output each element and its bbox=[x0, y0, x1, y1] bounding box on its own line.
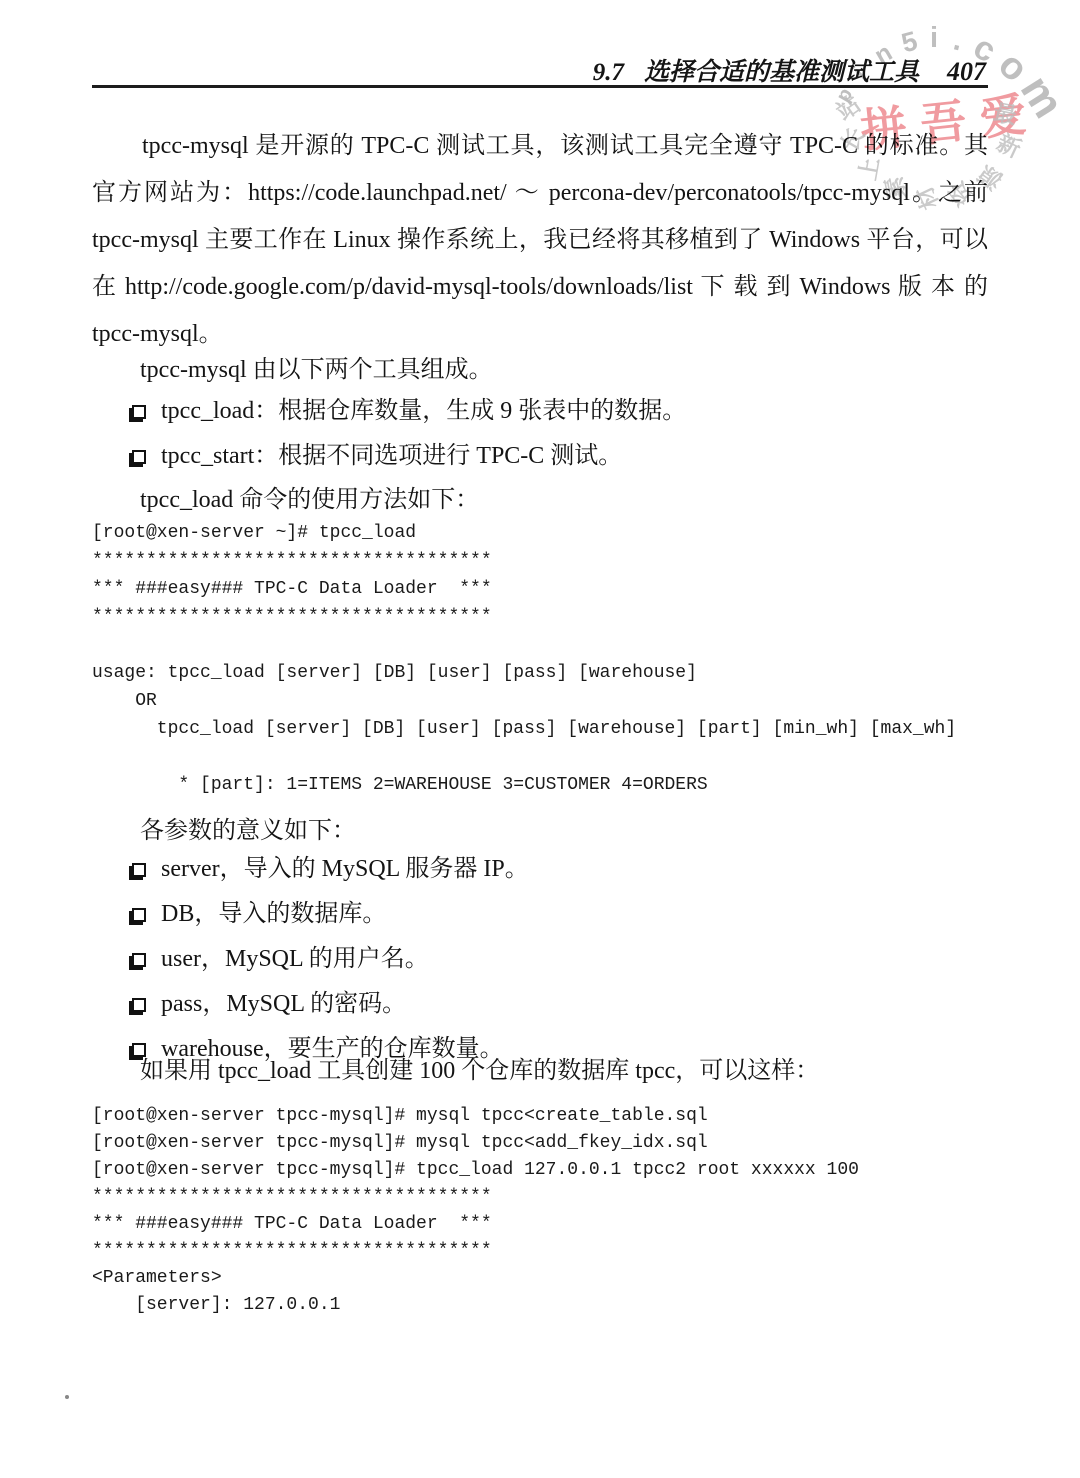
code-line: ************************************* bbox=[92, 1238, 988, 1265]
square-bullet-icon bbox=[132, 953, 146, 967]
code-line: usage: tpcc_load [server] [DB] [user] [p… bbox=[92, 659, 988, 687]
list-item-text: tpcc_load：根据仓库数量，生成 9 张表中的数据。 bbox=[161, 398, 686, 424]
list-item: user，MySQL 的用户名。 bbox=[92, 937, 988, 982]
code-line bbox=[92, 743, 988, 771]
square-bullet-icon bbox=[132, 863, 146, 877]
list-item-text: server，导入的 MySQL 服务器 IP。 bbox=[161, 856, 529, 882]
watermark-ring-char: 站 bbox=[829, 86, 867, 126]
list-item-text: tpcc_start：根据不同选项进行 TPC-C 测试。 bbox=[161, 443, 622, 469]
paragraph-line: 官方网站为：https://code.launchpad.net/ ～ perc… bbox=[92, 170, 988, 217]
code-block-tpcc-load-usage: [root@xen-server ~]# tpcc_load *********… bbox=[92, 519, 988, 799]
code-line: ************************************* bbox=[92, 603, 988, 631]
square-bullet-icon bbox=[132, 405, 146, 419]
header-rule bbox=[92, 85, 988, 88]
code-line: ************************************* bbox=[92, 1184, 988, 1211]
square-bullet-icon bbox=[132, 908, 146, 922]
code-line: [root@xen-server tpcc-mysql]# mysql tpcc… bbox=[92, 1103, 988, 1130]
watermark-arc-letter: i bbox=[930, 22, 938, 55]
paragraph-line: tpcc-mysql 主要工作在 Linux 操作系统上，我已经将其移植到了 W… bbox=[92, 217, 988, 264]
code-line: *** ###easy### TPC-C Data Loader *** bbox=[92, 575, 988, 603]
paragraph-line: 在 http://code.google.com/p/david-mysql-t… bbox=[92, 264, 988, 311]
code-line: [root@xen-server tpcc-mysql]# tpcc_load … bbox=[92, 1157, 988, 1184]
code-line: <Parameters> bbox=[92, 1265, 988, 1292]
code-line: [root@xen-server tpcc-mysql]# mysql tpcc… bbox=[92, 1130, 988, 1157]
code-line bbox=[92, 631, 988, 659]
paragraph-line: tpcc-mysql 是开源的 TPC-C 测试工具，该测试工具完全遵守 TPC… bbox=[92, 123, 988, 170]
code-block-tpcc-load-example: [root@xen-server tpcc-mysql]# mysql tpcc… bbox=[92, 1103, 988, 1319]
tools-intro-paragraph: tpcc-mysql 由以下两个工具组成。 bbox=[92, 348, 988, 393]
code-line: [server]: 127.0.0.1 bbox=[92, 1292, 988, 1319]
list-item: tpcc_start：根据不同选项进行 TPC-C 测试。 bbox=[92, 434, 988, 479]
list-item-text: DB，导入的数据库。 bbox=[161, 901, 386, 927]
code-line: tpcc_load [server] [DB] [user] [pass] [w… bbox=[92, 715, 988, 743]
intro-paragraph: tpcc-mysql 是开源的 TPC-C 测试工具，该测试工具完全遵守 TPC… bbox=[92, 123, 988, 358]
code-line: *** ###easy### TPC-C Data Loader *** bbox=[92, 1211, 988, 1238]
square-bullet-icon bbox=[132, 998, 146, 1012]
section-number: 9.7 bbox=[593, 59, 624, 87]
code-line: ************************************* bbox=[92, 547, 988, 575]
list-item: tpcc_load：根据仓库数量，生成 9 张表中的数据。 bbox=[92, 389, 988, 434]
example-intro-paragraph: 如果用 tpcc_load 工具创建 100 个仓库的数据库 tpcc，可以这样… bbox=[92, 1049, 988, 1094]
page-header: 9.7 选择合适的基准测试工具 407 bbox=[593, 52, 986, 88]
page-number: 407 bbox=[947, 57, 986, 87]
code-line: OR bbox=[92, 687, 988, 715]
watermark-arc-letter: o bbox=[989, 44, 1035, 91]
scan-artifact-dot bbox=[65, 1395, 69, 1399]
list-item: server，导入的 MySQL 服务器 IP。 bbox=[92, 847, 988, 892]
list-item: DB，导入的数据库。 bbox=[92, 892, 988, 937]
watermark-ring-char: 新 bbox=[992, 125, 1027, 165]
section-title: 选择合适的基准测试工具 bbox=[644, 52, 919, 88]
square-bullet-icon bbox=[132, 450, 146, 464]
watermark-ring-char: 最 bbox=[991, 94, 1020, 131]
list-item: pass，MySQL 的密码。 bbox=[92, 982, 988, 1027]
list-item-text: pass，MySQL 的密码。 bbox=[161, 991, 406, 1017]
param-bullet-list: server，导入的 MySQL 服务器 IP。 DB，导入的数据库。 user… bbox=[92, 847, 988, 1072]
tool-bullet-list: tpcc_load：根据仓库数量，生成 9 张表中的数据。 tpcc_start… bbox=[92, 389, 988, 479]
code-line: * [part]: 1=ITEMS 2=WAREHOUSE 3=CUSTOMER… bbox=[92, 771, 988, 799]
list-item-text: user，MySQL 的用户名。 bbox=[161, 946, 429, 972]
usage-intro-paragraph: tpcc_load 命令的使用方法如下： bbox=[92, 478, 988, 523]
watermark-arc-letter: m bbox=[1010, 67, 1073, 127]
code-line: [root@xen-server ~]# tpcc_load bbox=[92, 519, 988, 547]
